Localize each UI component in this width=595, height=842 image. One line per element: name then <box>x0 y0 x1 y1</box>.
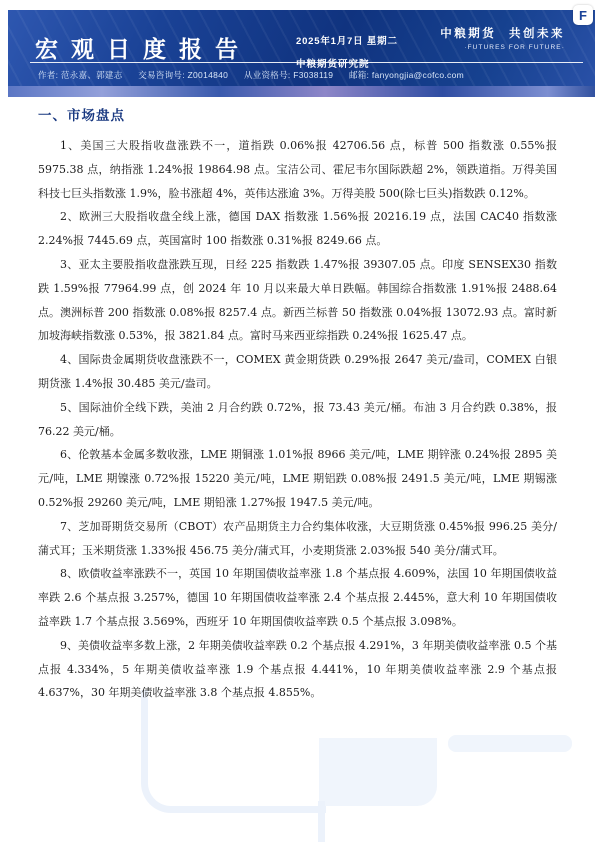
watermark-line-shape <box>318 801 325 842</box>
report-paragraph-7: 7、芝加哥期货交易所（CBOT）农产品期货主力合约集体收涨，大豆期货涨 0.45… <box>38 515 557 563</box>
report-paragraph-6: 6、伦敦基本金属多数收涨，LME 期铜涨 1.01%报 8966 美元/吨，LM… <box>38 443 557 514</box>
author-email: 邮箱: fanyongjia@cofco.com <box>349 70 464 80</box>
header-banner: 宏观日度报告 2025年1月7日 星期二 中粮期货研究院 中粮期货 共创未来 ·… <box>8 10 595 97</box>
qualification-number: 从业资格号: F3038119 <box>244 70 333 80</box>
report-date: 2025年1月7日 星期二 <box>296 33 398 47</box>
author-line: 作者: 范永嘉、郭建志 交易咨询号: Z0014840 从业资格号: F3038… <box>38 69 477 81</box>
report-page: 宏观日度报告 2025年1月7日 星期二 中粮期货研究院 中粮期货 共创未来 ·… <box>0 0 595 842</box>
report-paragraph-3: 3、亚太主要股指收盘涨跌互现，日经 225 指数跌 1.47%报 39307.0… <box>38 253 557 348</box>
watermark-outline-shape <box>141 690 326 813</box>
report-paragraph-2: 2、欧洲三大股指收盘全线上涨，德国 DAX 指数涨 1.56%报 20216.1… <box>38 205 557 253</box>
watermark-bar-shape <box>448 735 572 752</box>
report-meta: 2025年1月7日 星期二 中粮期货研究院 <box>296 33 398 70</box>
report-paragraph-1: 1、美国三大股指收盘涨跌不一，道指跌 0.06%报 42706.56 点，标普 … <box>38 134 557 205</box>
report-paragraph-9: 9、美债收益率多数上涨，2 年期美债收益率跌 0.2 个基点报 4.291%，3… <box>38 634 557 705</box>
brand-slogan-cn: 中粮期货 共创未来 <box>440 25 565 41</box>
cofco-futures-logo-icon: F <box>573 5 593 25</box>
brand-block: 中粮期货 共创未来 ·FUTURES FOR FUTURE· <box>440 25 565 51</box>
report-paragraph-4: 4、国际贵金属期货收盘涨跌不一，COMEX 黄金期货跌 0.29%报 2647 … <box>38 348 557 396</box>
report-paragraph-8: 8、欧债收益率涨跌不一，英国 10 年期国债收益率涨 1.8 个基点报 4.60… <box>38 562 557 633</box>
brand-slogan-en: ·FUTURES FOR FUTURE· <box>440 44 565 51</box>
header-divider <box>30 62 583 63</box>
report-body: 一、市场盘点 1、美国三大股指收盘涨跌不一，道指跌 0.06%报 42706.5… <box>38 104 557 705</box>
section-title-market-recap: 一、市场盘点 <box>38 104 557 124</box>
page-title: 宏观日度报告 <box>35 31 251 64</box>
watermark-block-shape <box>319 738 437 806</box>
consulting-number: 交易咨询号: Z0014840 <box>138 70 228 80</box>
author-names: 作者: 范永嘉、郭建志 <box>38 70 123 80</box>
banner-wave-decoration <box>8 86 595 97</box>
research-institute: 中粮期货研究院 <box>296 56 398 70</box>
report-paragraph-5: 5、国际油价全线下跌，美油 2 月合约跌 0.72%，报 73.43 美元/桶。… <box>38 396 557 444</box>
